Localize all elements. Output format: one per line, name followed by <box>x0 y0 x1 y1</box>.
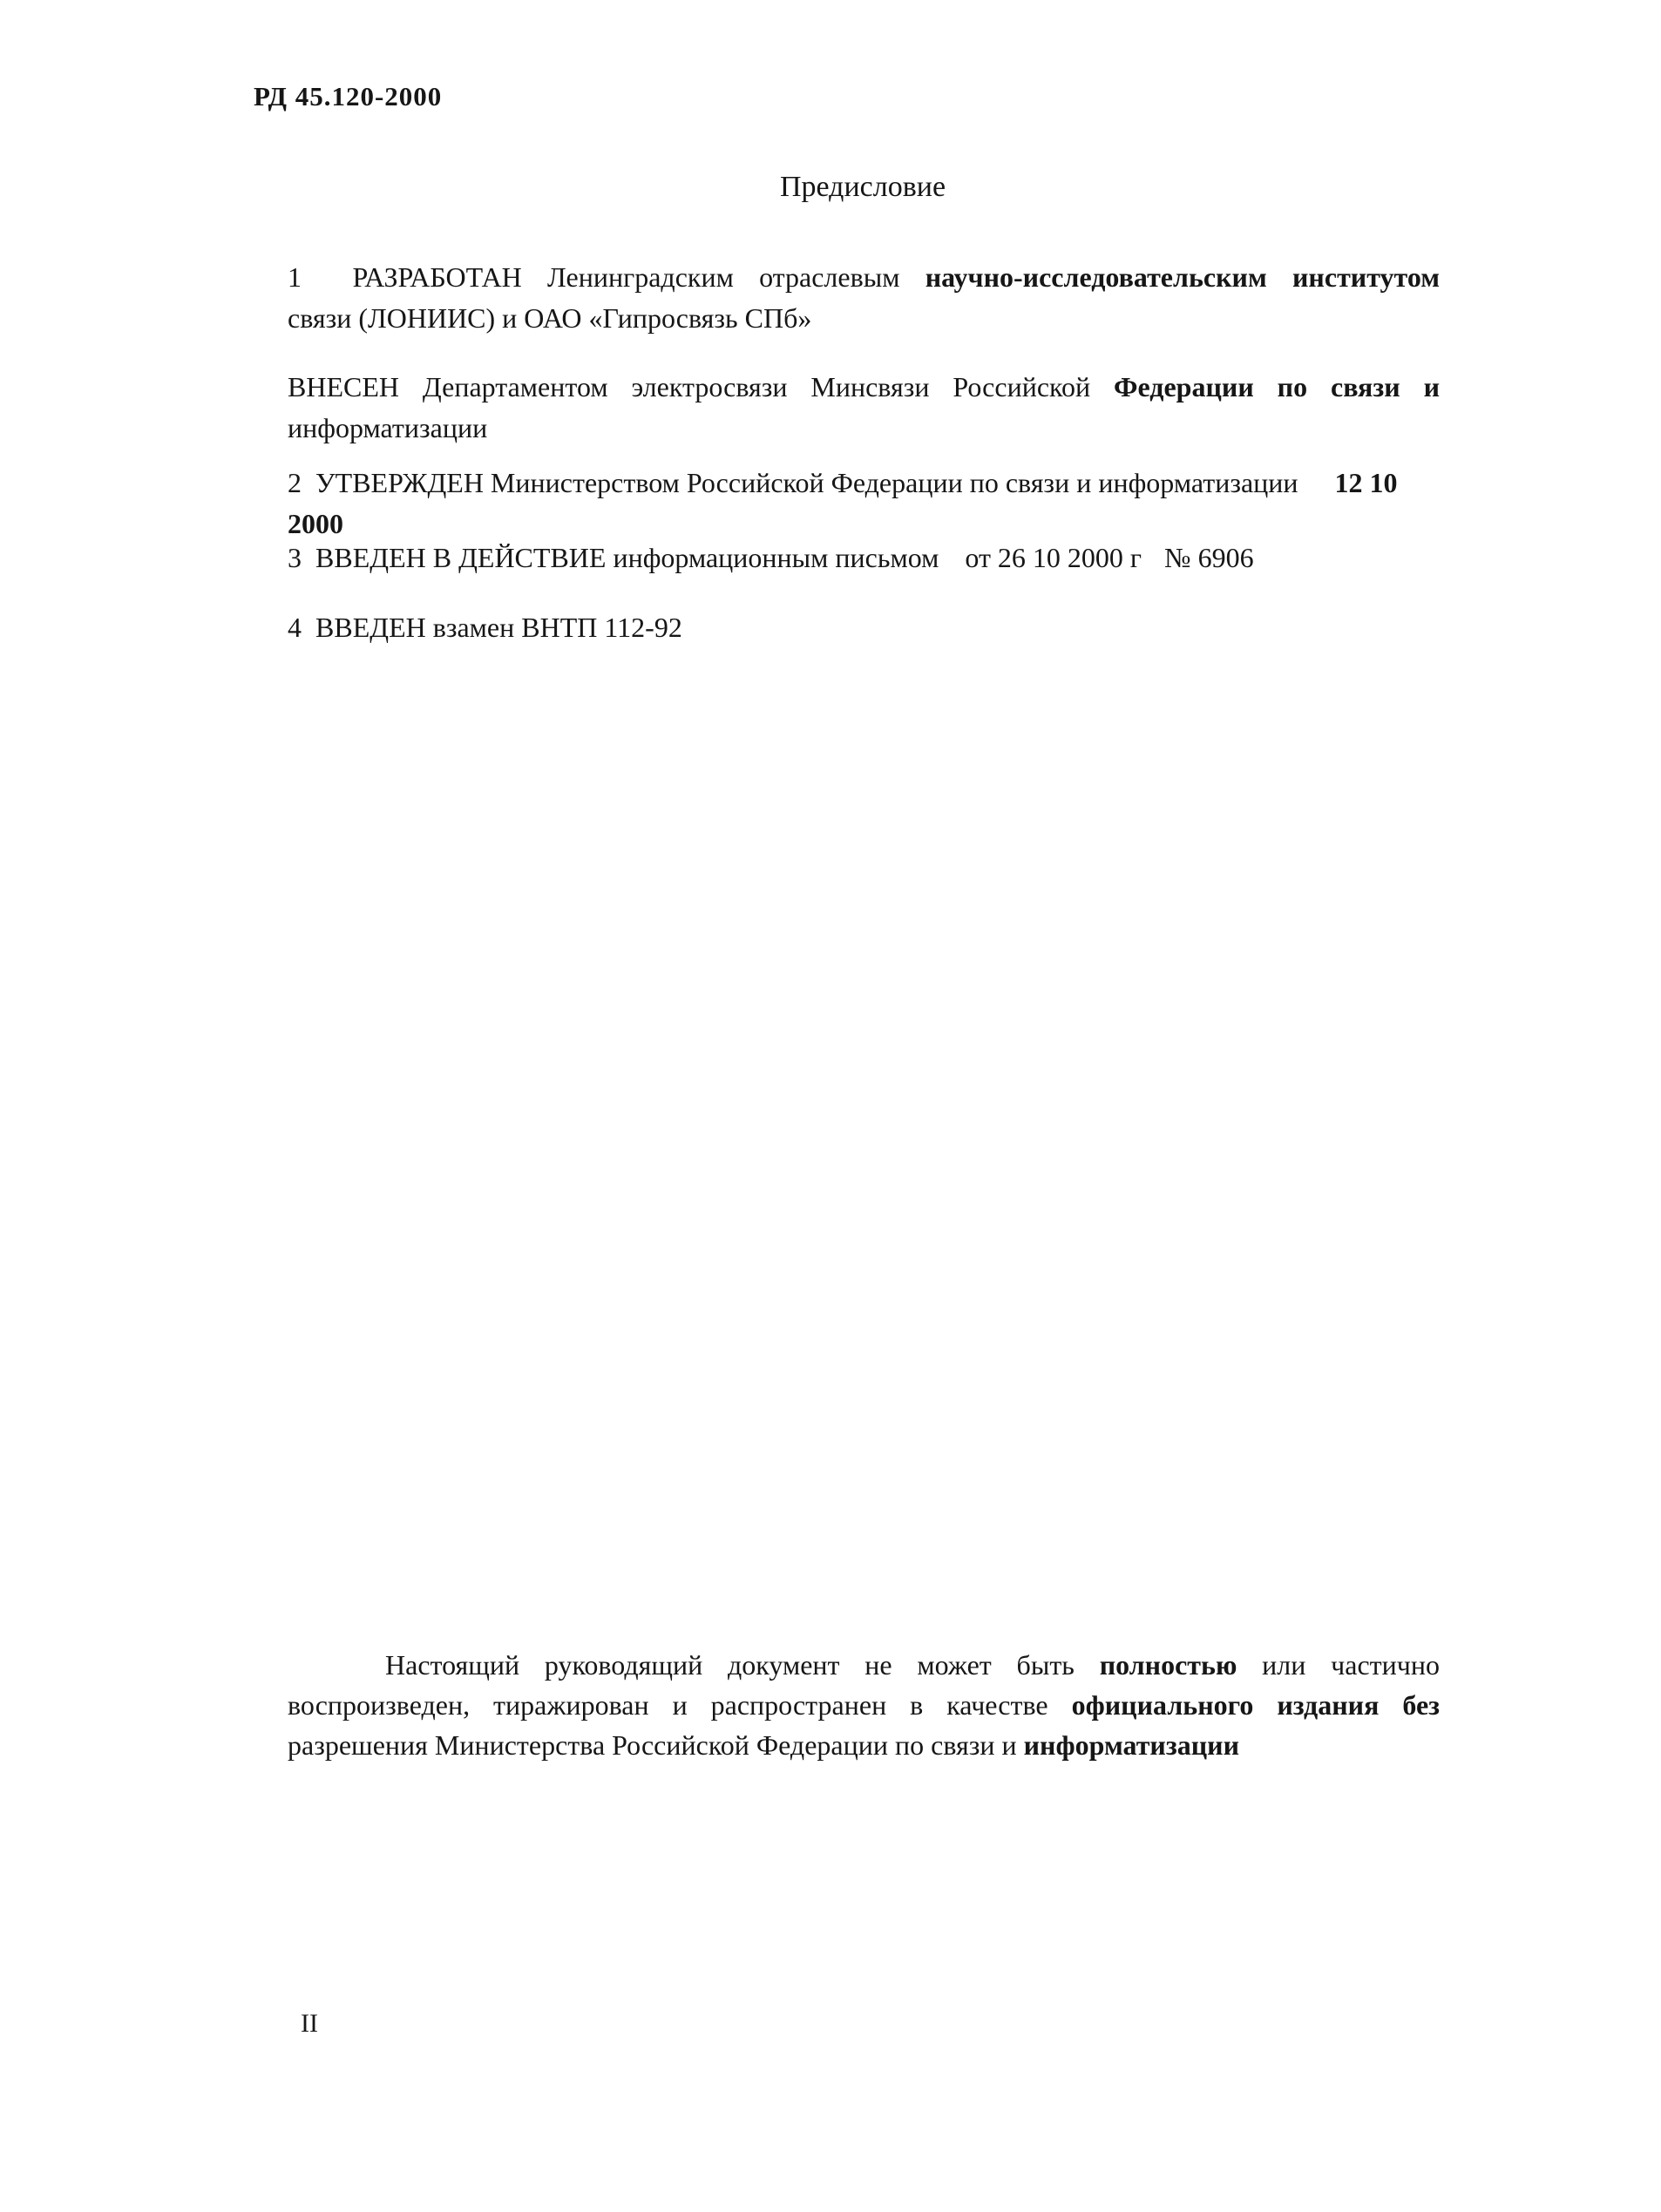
foreword-item-vveden-v-deistvie: 3 ВВЕДЕН В ДЕЙСТВИЕ информационным письм… <box>288 538 1440 578</box>
text-segment: 4 ВВЕДЕН взамен ВНТП 112-92 <box>288 612 682 643</box>
text-line: разрешения Министерства Российской Федер… <box>288 1725 1440 1765</box>
page-number: II <box>301 2009 318 2039</box>
text-line: 1 РАЗРАБОТАН Ленинградским отраслевым на… <box>288 257 1440 298</box>
text-line: связи (ЛОНИИС) и ОАО «Гипросвязь СПб» <box>288 298 1440 339</box>
text-line: 2 УТВЕРЖДЕН Министерством Российской Фед… <box>288 463 1440 545</box>
text-segment: 3 ВВЕДЕН В ДЕЙСТВИЕ информационным письм… <box>288 542 939 573</box>
document-code: РД 45.120-2000 <box>254 81 442 112</box>
text-line: 4 ВВЕДЕН взамен ВНТП 112-92 <box>288 607 1440 648</box>
text-segment-bold: официального издания без <box>1072 1689 1440 1721</box>
text-segment-bold: полностью <box>1100 1649 1237 1681</box>
text-line: 3 ВВЕДЕН В ДЕЙСТВИЕ информационным письм… <box>288 538 1440 578</box>
text-segment: разрешения Министерства Российской Федер… <box>288 1729 1024 1761</box>
text-segment-bold: Федерации по связи и <box>1114 371 1440 402</box>
foreword-item-vveden-vzamen: 4 ВВЕДЕН взамен ВНТП 112-92 <box>288 607 1440 648</box>
foreword-item-vnesen: ВНЕСЕН Департаментом электросвязи Минсвя… <box>288 367 1440 449</box>
foreword-item-razrabotan: 1 РАЗРАБОТАН Ленинградским отраслевым на… <box>288 257 1440 339</box>
page-title: Предисловие <box>288 171 1438 204</box>
text-segment: или частично <box>1237 1649 1440 1681</box>
foreword-item-utverzhden: 2 УТВЕРЖДЕН Министерством Российской Фед… <box>288 463 1440 545</box>
text-segment: воспроизведен, тиражирован и распростран… <box>288 1689 1072 1721</box>
text-segment: 1 РАЗРАБОТАН Ленинградским отраслевым <box>288 261 925 293</box>
text-segment: 2 УТВЕРЖДЕН Министерством Российской Фед… <box>288 467 1298 498</box>
text-segment: Настоящий руководящий документ не может … <box>385 1649 1100 1681</box>
letter-date: от 26 10 2000 г <box>965 542 1142 573</box>
text-segment: связи (ЛОНИИС) и ОАО «Гипросвязь СПб» <box>288 302 811 334</box>
scanned-document-page: РД 45.120-2000 Предисловие 1 РАЗРАБОТАН … <box>0 0 1661 2212</box>
text-segment-bold: информатизации <box>1024 1729 1239 1761</box>
text-segment: ВНЕСЕН Департаментом электросвязи Минсвя… <box>288 371 1114 402</box>
text-line: информатизации <box>288 408 1440 449</box>
text-segment-bold: научно-исследовательским институтом <box>925 261 1440 293</box>
text-line: Настоящий руководящий документ не может … <box>288 1645 1440 1685</box>
text-segment: информатизации <box>288 412 487 443</box>
text-line: ВНЕСЕН Департаментом электросвязи Минсвя… <box>288 367 1440 408</box>
copyright-note: Настоящий руководящий документ не может … <box>288 1645 1440 1765</box>
text-line: воспроизведен, тиражирован и распростран… <box>288 1685 1440 1725</box>
letter-number: № 6906 <box>1164 542 1254 573</box>
